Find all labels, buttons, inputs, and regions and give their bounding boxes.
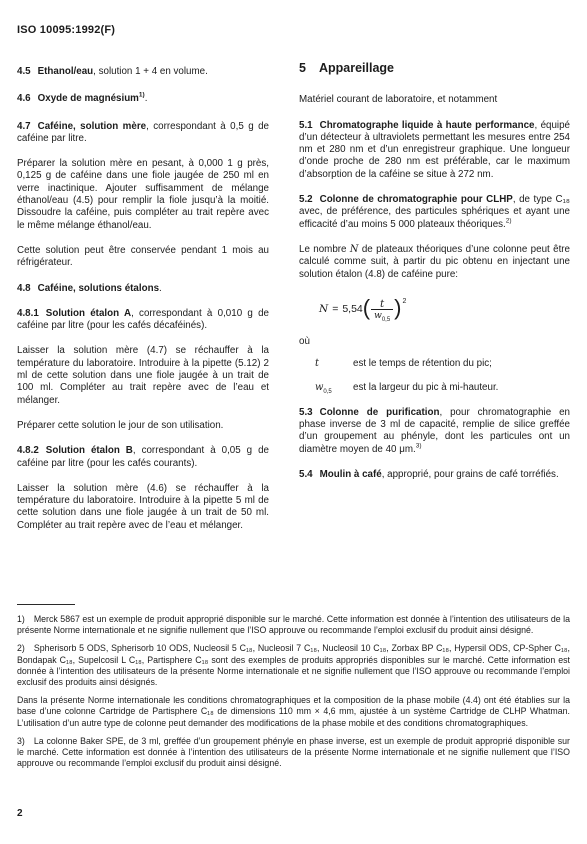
definition-text: est la largeur du pic à mi-hauteur. <box>353 382 570 394</box>
section-5-2: 5.2Colonne de chromatographie pour CLHP,… <box>299 194 570 231</box>
footnote-text: Merck 5867 est un exemple de produit app… <box>17 614 570 635</box>
document-page: ISO 10095:1992(F) 4.5Ethanol/eau, soluti… <box>0 0 587 844</box>
chapter-heading-5: 5Appareillage <box>299 62 570 74</box>
section-title: Moulin à café <box>320 469 382 480</box>
section-number: 4.5 <box>17 66 31 77</box>
variable-w: w <box>374 311 382 321</box>
fraction: t w0,5 <box>371 299 393 321</box>
definition-t: t est le temps de rétention du pic; <box>315 358 570 370</box>
section-4-6: 4.6Oxyde de magnésium1). <box>17 93 269 105</box>
footnote-text: Dans la présente Norme internationale le… <box>17 695 570 727</box>
section-text: , solution 1 + 4 en volume. <box>93 66 208 77</box>
definition-term: t <box>315 358 353 370</box>
right-column: 5Appareillage Matériel courant de labora… <box>299 62 570 494</box>
footnote-divider <box>17 604 75 605</box>
page-number: 2 <box>17 808 23 819</box>
paragraph: Préparer la solution mère en pesant, à 0… <box>17 158 269 232</box>
footnote-ref-2: 2) <box>506 217 512 224</box>
section-title: Ethanol/eau <box>38 66 94 77</box>
footnote-3: 3)La colonne Baker SPE, de 3 ml, greffée… <box>17 736 570 770</box>
formula-plate-count: N = 5,54 ( t w0,5 ) 2 <box>319 294 570 324</box>
section-number: 4.8.2 <box>17 445 39 456</box>
section-5-3: 5.3Colonne de purification, pour chromat… <box>299 407 570 456</box>
paragraph: Laisser la solution mère (4.6) se réchau… <box>17 483 269 532</box>
plate-count-paragraph: Le nombre N de plateaux théoriques d’une… <box>299 244 570 281</box>
section-number: 5.1 <box>299 120 313 131</box>
section-title: Caféine, solution mère <box>38 121 146 132</box>
section-text: . <box>145 93 148 104</box>
section-5-4: 5.4Moulin à café, approprié, pour grains… <box>299 469 570 481</box>
footnote-2: 2)Spherisorb 5 ODS, Spherisorb 10 ODS, N… <box>17 643 570 688</box>
section-title: Solution étalon A <box>46 308 131 319</box>
paragraph-text: Le nombre <box>299 244 350 255</box>
footnote-text: La colonne Baker SPE, de 3 ml, greffée d… <box>17 736 570 768</box>
footnote-2-continued: Dans la présente Norme internationale le… <box>17 695 570 729</box>
section-4-7: 4.7Caféine, solution mère, correspondant… <box>17 121 269 146</box>
section-number: 4.7 <box>17 121 31 132</box>
section-number: 5.4 <box>299 469 313 480</box>
equals-sign: = <box>332 303 338 315</box>
subscript: 0,5 <box>382 317 390 323</box>
variable-t: t <box>315 358 319 369</box>
section-5-1: 5.1Chromatographe liquide à haute perfor… <box>299 120 570 181</box>
footnotes-block: 1)Merck 5867 est un exemple de produit a… <box>17 604 570 776</box>
definition-text: est le temps de rétention du pic; <box>353 358 570 370</box>
definition-term: w0,5 <box>315 382 353 394</box>
section-title: Colonne de purification <box>320 407 440 418</box>
section-title: Oxyde de magnésium <box>38 93 139 104</box>
footnote-text: Spherisorb 5 ODS, Spherisorb 10 ODS, Nuc… <box>17 643 570 687</box>
section-4-8-2: 4.8.2Solution étalon B, correspondant à … <box>17 445 269 470</box>
section-title: Solution étalon B <box>46 445 133 456</box>
section-number: 4.6 <box>17 93 31 104</box>
chapter-title: Appareillage <box>319 61 394 75</box>
formula-coefficient: 5,54 <box>342 303 362 315</box>
section-title: Colonne de chromatographie pour CLHP <box>320 194 513 205</box>
section-title: Caféine, solutions étalons <box>38 283 159 294</box>
fraction-numerator: t <box>380 299 384 309</box>
section-number: 5.3 <box>299 407 313 418</box>
close-paren: ) <box>394 297 401 319</box>
paragraph: Laisser la solution mère (4.7) se réchau… <box>17 345 269 406</box>
document-reference: ISO 10095:1992(F) <box>17 24 115 36</box>
footnote-marker: 1) <box>17 614 25 624</box>
section-4-5: 4.5Ethanol/eau, solution 1 + 4 en volume… <box>17 66 269 78</box>
section-text: . <box>159 283 162 294</box>
chapter-number: 5 <box>299 61 306 75</box>
footnote-marker: 3) <box>17 736 25 746</box>
left-column: 4.5Ethanol/eau, solution 1 + 4 en volume… <box>17 66 269 545</box>
formula-lhs: N <box>319 303 328 315</box>
exponent: 2 <box>402 298 406 305</box>
paragraph: Préparer cette solution le jour de son u… <box>17 420 269 432</box>
footnote-marker: 2) <box>17 643 25 653</box>
chapter-intro: Matériel courant de laboratoire, et nota… <box>299 94 570 106</box>
subscript: 0,5 <box>323 389 331 395</box>
fraction-denominator: w0,5 <box>371 309 393 321</box>
definition-w05: w0,5 est la largeur du pic à mi-hauteur. <box>315 382 570 394</box>
section-number: 4.8.1 <box>17 308 39 319</box>
paragraph: Cette solution peut être conservée penda… <box>17 245 269 270</box>
section-title: Chromatographe liquide à haute performan… <box>320 120 535 131</box>
where-word: où <box>299 336 570 348</box>
open-paren: ( <box>363 297 370 319</box>
section-text: , approprié, pour grains de café torréfi… <box>382 469 559 480</box>
section-number: 5.2 <box>299 194 313 205</box>
section-4-8-1: 4.8.1Solution étalon A, correspondant à … <box>17 308 269 333</box>
section-4-8: 4.8Caféine, solutions étalons. <box>17 283 269 295</box>
footnote-1: 1)Merck 5867 est un exemple de produit a… <box>17 614 570 636</box>
footnote-ref-3: 3) <box>416 442 422 449</box>
section-number: 4.8 <box>17 283 31 294</box>
